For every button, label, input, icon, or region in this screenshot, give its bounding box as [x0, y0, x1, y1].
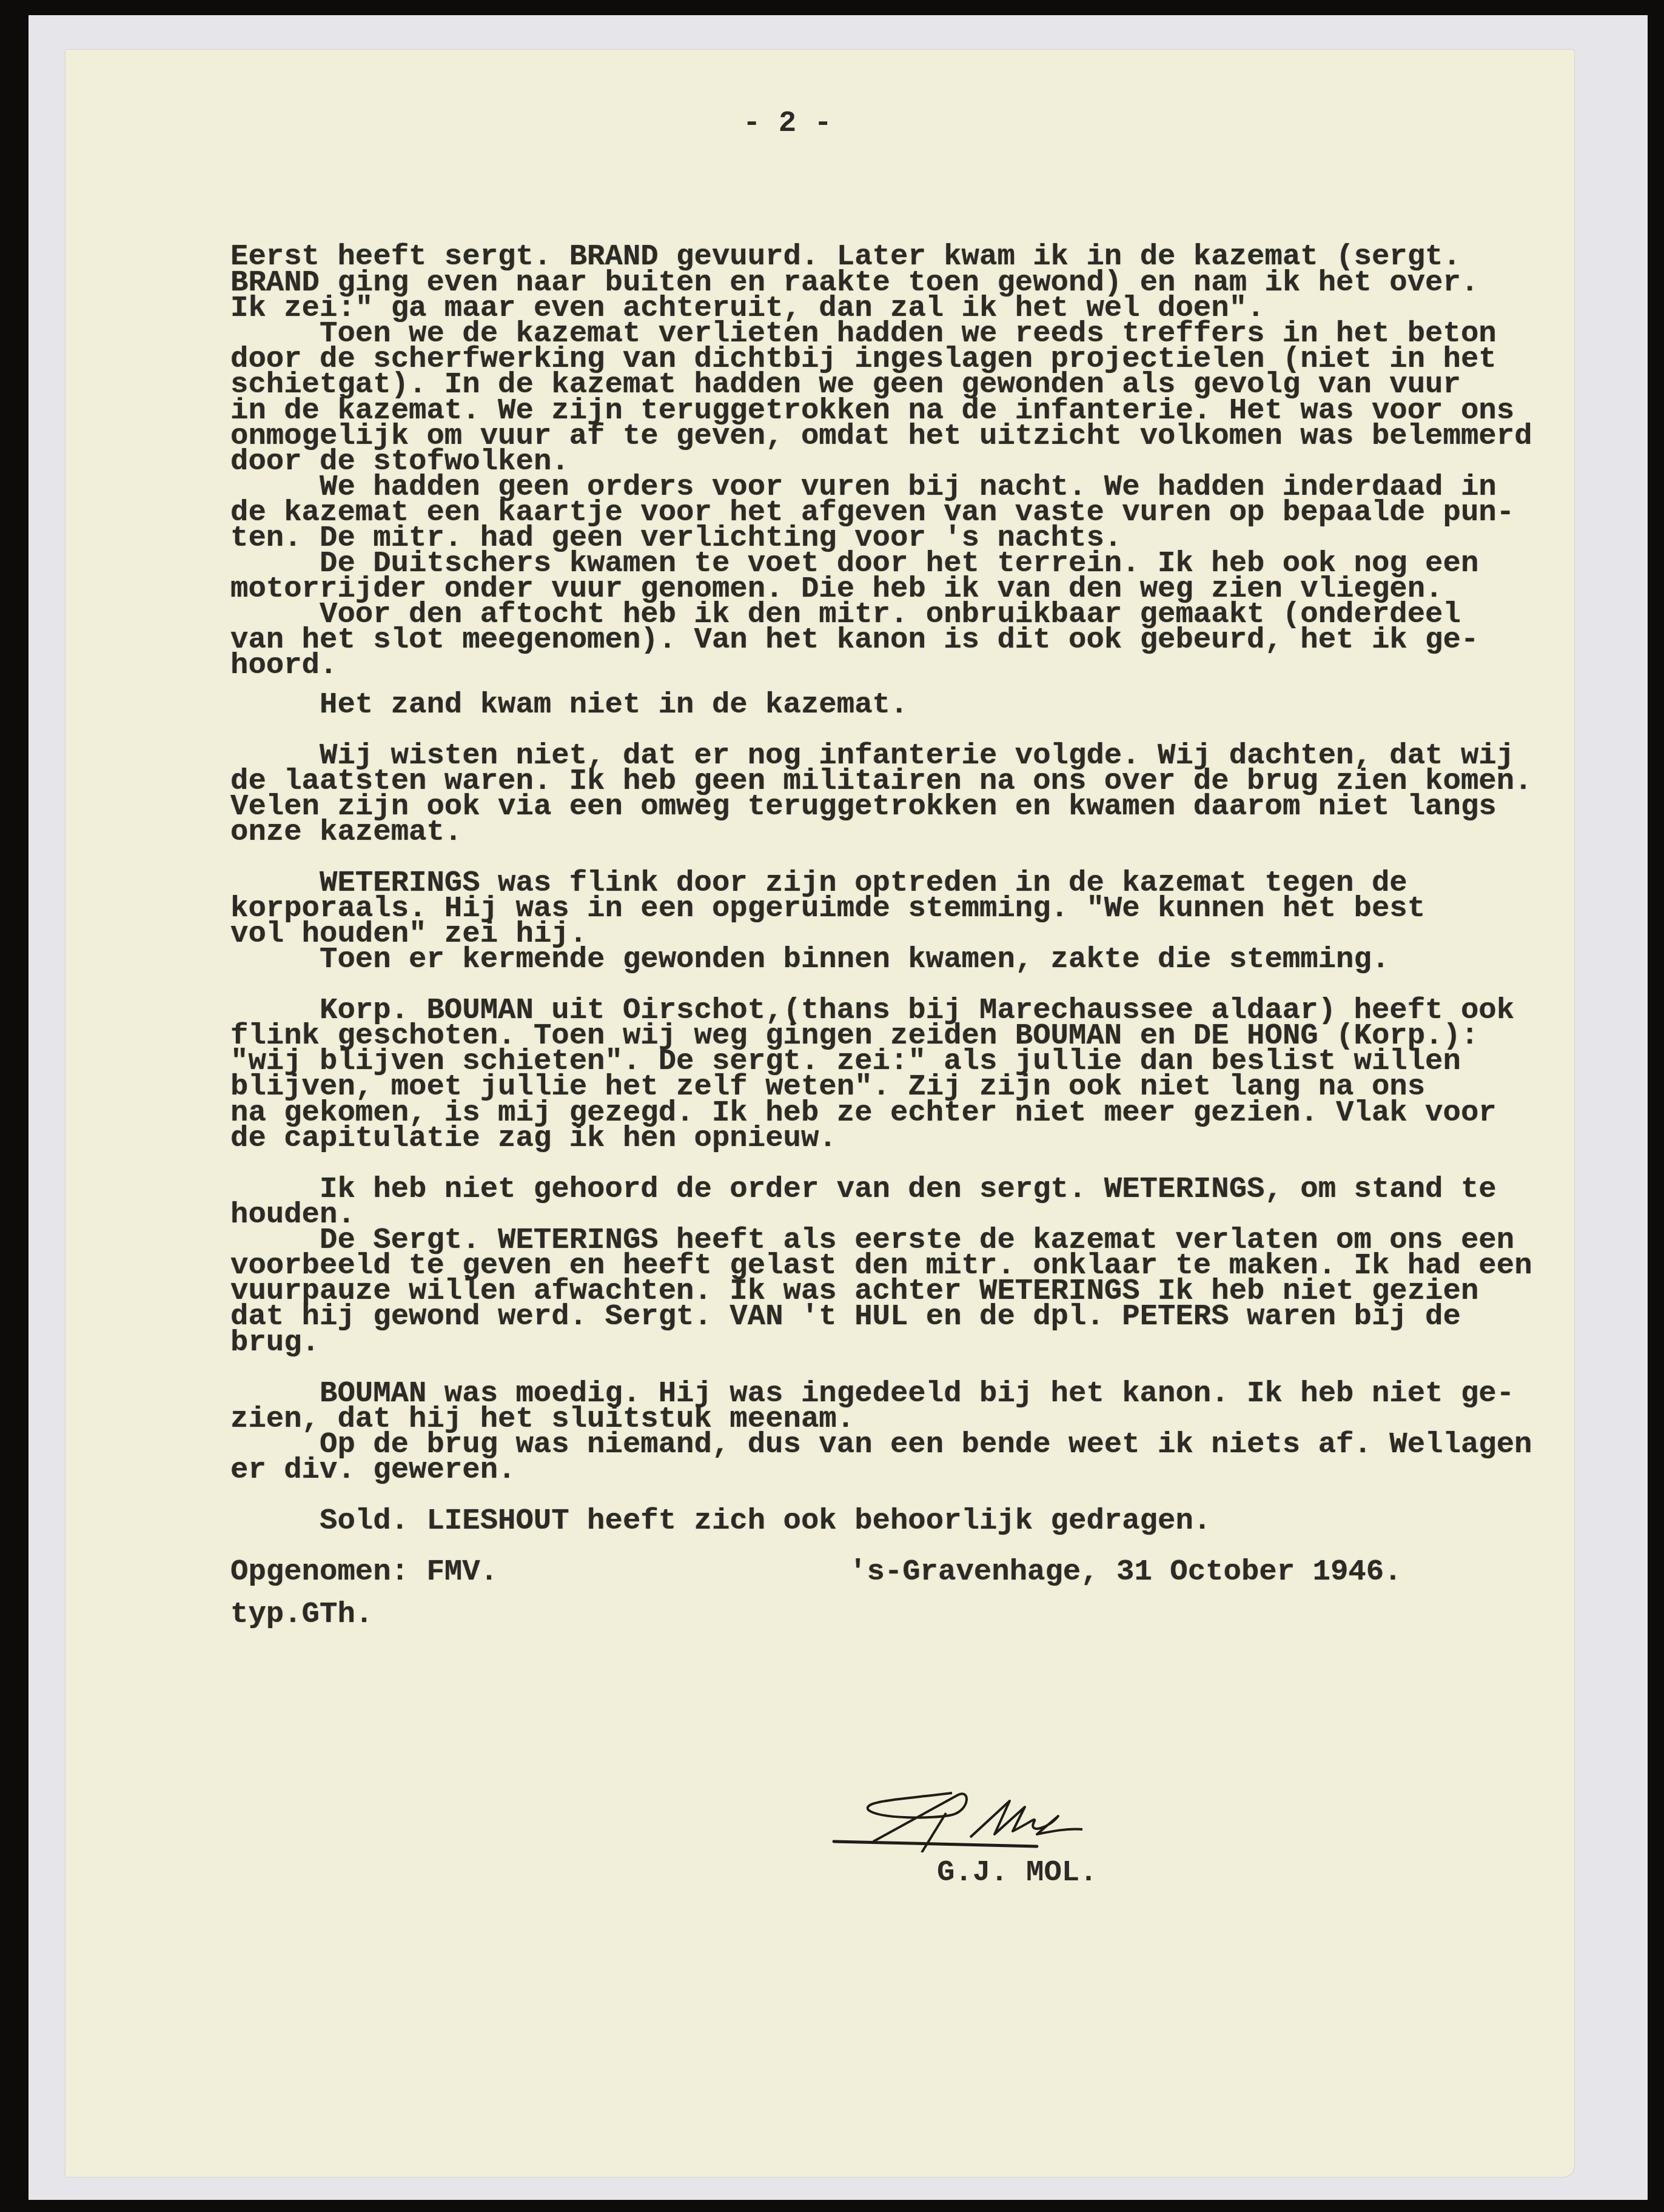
page-number: - 2 -	[743, 106, 832, 140]
signature-icon: G.J. Mol	[831, 1786, 1098, 1852]
typed-signatory-name: G.J. MOL.	[937, 1855, 1098, 1889]
text-line: hoord.	[230, 650, 337, 680]
typist-initials: typ.GTh.	[230, 1599, 373, 1629]
text-line: brug.	[230, 1327, 320, 1358]
text-line: Sold. LIESHOUT heeft zich ook behoorlijk…	[320, 1506, 1211, 1536]
text-line: Het zand kwam niet in de kazemat.	[320, 689, 908, 720]
text-line: dat hij gewond werd. Sergt. VAN 't HUL e…	[230, 1301, 1461, 1332]
text-line: van het slot meegenomen). Van het kanon …	[230, 625, 1478, 655]
text-line: Toen er kermende gewonden binnen kwamen,…	[320, 944, 1389, 974]
text-line: Ik heb niet gehoord de order van den ser…	[320, 1174, 1497, 1204]
text-line: onze kazemat.	[230, 817, 462, 847]
recorded-by: Opgenomen: FMV.	[230, 1557, 498, 1587]
place-date: 's-Gravenhage, 31 October 1946.	[849, 1557, 1402, 1587]
text-line: de capitulatie zag ik hen opnieuw.	[230, 1123, 837, 1153]
text-line: er div. geweren.	[230, 1455, 515, 1485]
